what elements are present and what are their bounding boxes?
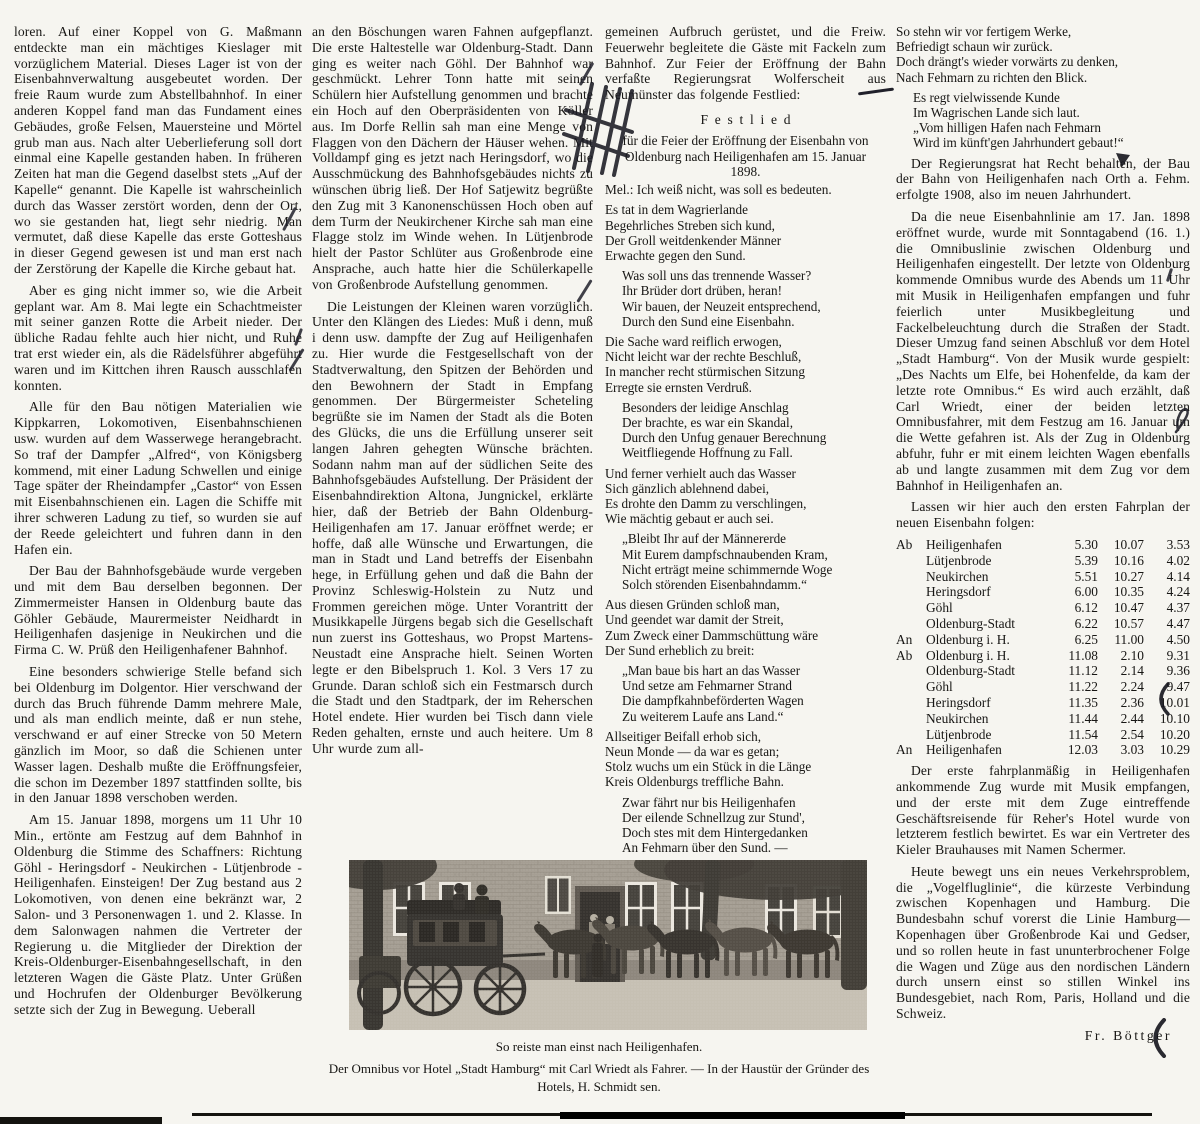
timetable-time-3: 4.24 (1144, 584, 1190, 600)
timetable-direction: Ab (896, 648, 926, 664)
timetable-station: Lütjenbrode (926, 553, 1052, 569)
timetable-time-1: 11.35 (1052, 695, 1098, 711)
timetable-direction (896, 663, 926, 679)
timetable-direction: Ab (896, 537, 926, 553)
paragraph: Alle für den Bau nötigen Materialien wie… (14, 399, 302, 557)
historic-photo (349, 860, 867, 1030)
timetable-time-2: 2.24 (1098, 679, 1144, 695)
timetable-station: Neukirchen (926, 711, 1052, 727)
timetable: Ab Heiligenhafen 5.30 10.07 3.53 Lütjenb… (896, 537, 1190, 758)
photo-caption-line1: So reiste man einst nach Heiligenhafen. (312, 1039, 886, 1055)
timetable-time-3: 9.31 (1144, 648, 1190, 664)
festlied-heading: Festlied (605, 112, 886, 128)
festlied-melody: Mel.: Ich weiß nicht, was soll es bedeut… (605, 182, 886, 198)
poem-stanza: Es tat in dem Wagrierlande Begehrliches … (605, 202, 886, 263)
poem-stanza: Besonders der leidige Anschlag Der brach… (605, 400, 886, 461)
timetable-station: Lütjenbrode (926, 727, 1052, 743)
paragraph: Am 15. Januar 1898, morgens um 11 Uhr 10… (14, 812, 302, 1017)
paragraph: Der Bau der Bahnhofsgebäude wurde vergeb… (14, 563, 302, 658)
timetable-row: Lütjenbrode 5.39 10.16 4.02 (896, 553, 1190, 569)
timetable-intro: Lassen wir hier auch den ersten Fahrplan… (896, 499, 1190, 531)
timetable-time-2: 2.54 (1098, 727, 1144, 743)
timetable-row: Neukirchen 5.51 10.27 4.14 (896, 569, 1190, 585)
column-1: loren. Auf einer Koppel von G. Maßmann e… (14, 24, 302, 1124)
timetable-time-1: 5.51 (1052, 569, 1098, 585)
timetable-time-2: 10.07 (1098, 537, 1144, 553)
photo-block: So reiste man einst nach Heiligenhafen. … (312, 860, 886, 1095)
timetable-row: An Oldenburg i. H. 6.25 11.00 4.50 (896, 632, 1190, 648)
paragraph: loren. Auf einer Koppel von G. Maßmann e… (14, 24, 302, 277)
newspaper-page: loren. Auf einer Koppel von G. Maßmann e… (0, 0, 1200, 1124)
timetable-time-1: 6.22 (1052, 616, 1098, 632)
timetable-time-3: 4.14 (1144, 569, 1190, 585)
paragraph: an den Böschungen waren Fahnen aufgepfla… (312, 24, 593, 293)
timetable-station: Oldenburg-Stadt (926, 663, 1052, 679)
poem-stanza: Aus diesen Gründen schloß man, Und geend… (605, 597, 886, 658)
timetable-time-3: 10.01 (1144, 695, 1190, 711)
timetable-row: Göhl 11.22 2.24 9.47 (896, 679, 1190, 695)
timetable-direction (896, 553, 926, 569)
timetable-time-3: 4.02 (1144, 553, 1190, 569)
column-2: an den Böschungen waren Fahnen aufgepfla… (312, 24, 593, 856)
timetable-time-1: 11.54 (1052, 727, 1098, 743)
photo-caption-line2: Der Omnibus vor Hotel „Stadt Hamburg“ mi… (312, 1060, 886, 1095)
timetable-time-1: 6.25 (1052, 632, 1098, 648)
timetable-row: Göhl 6.12 10.47 4.37 (896, 600, 1190, 616)
timetable-time-2: 10.27 (1098, 569, 1144, 585)
timetable-station: Heiligenhafen (926, 537, 1052, 553)
festlied-stanzas-continued: So stehn wir vor fertigem Werke, Befried… (896, 24, 1190, 151)
timetable-row: Ab Oldenburg i. H. 11.08 2.10 9.31 (896, 648, 1190, 664)
omnibus-photo-illustration (349, 860, 867, 1030)
column-4: So stehn wir vor fertigem Werke, Befried… (896, 24, 1190, 1124)
paragraph: Da die neue Eisenbahnlinie am 17. Jan. 1… (896, 209, 1190, 493)
paragraph: Heute bewegt uns ein neues Verkehrsprobl… (896, 864, 1190, 1022)
poem-stanza: „Man baue bis hart an das Wasser Und set… (605, 663, 886, 724)
paragraph: Der erste fahrplanmäßig in Heiligenhafen… (896, 763, 1190, 858)
poem-stanza: Zwar fährt nur bis Heiligenhafen Der eil… (605, 795, 886, 856)
timetable-time-1: 5.30 (1052, 537, 1098, 553)
timetable-row: Lütjenbrode 11.54 2.54 10.20 (896, 727, 1190, 743)
bottom-rule-thick (560, 1112, 905, 1119)
timetable-time-1: 11.12 (1052, 663, 1098, 679)
timetable-direction: An (896, 742, 926, 758)
timetable-time-2: 2.10 (1098, 648, 1144, 664)
timetable-time-2: 3.03 (1098, 742, 1144, 758)
timetable-row: Heringsdorf 6.00 10.35 4.24 (896, 584, 1190, 600)
paragraph: Der Regierungsrat hat Recht behalten, de… (896, 156, 1190, 203)
timetable-row: Heringsdorf 11.35 2.36 10.01 (896, 695, 1190, 711)
poem-stanza: „Bleibt Ihr auf der Männererde Mit Eurem… (605, 531, 886, 592)
poem-stanza: Die Sache ward reiflich erwogen, Nicht l… (605, 334, 886, 395)
timetable-time-2: 10.57 (1098, 616, 1144, 632)
timetable-direction (896, 600, 926, 616)
timetable-direction (896, 727, 926, 743)
timetable-time-2: 10.47 (1098, 600, 1144, 616)
paragraph: gemeinen Aufbruch gerüstet, und die Frei… (605, 24, 886, 103)
timetable-time-2: 2.14 (1098, 663, 1144, 679)
timetable-time-2: 2.44 (1098, 711, 1144, 727)
timetable-row: An Heiligenhafen 12.03 3.03 10.29 (896, 742, 1190, 758)
timetable-row: Neukirchen 11.44 2.44 10.10 (896, 711, 1190, 727)
timetable-time-3: 9.47 (1144, 679, 1190, 695)
paragraph: Die Leistungen der Kleinen waren vorzügl… (312, 299, 593, 757)
timetable-direction (896, 569, 926, 585)
timetable-station: Göhl (926, 679, 1052, 695)
timetable-station: Oldenburg i. H. (926, 632, 1052, 648)
timetable-station: Heringsdorf (926, 695, 1052, 711)
poem-stanza: Was soll uns das trennende Wasser? Ihr B… (605, 268, 886, 329)
timetable-time-1: 5.39 (1052, 553, 1098, 569)
timetable-time-1: 6.12 (1052, 600, 1098, 616)
timetable-station: Heiligenhafen (926, 742, 1052, 758)
timetable-station: Oldenburg-Stadt (926, 616, 1052, 632)
poem-stanza: Es regt vielwissende Kunde Im Wagrischen… (896, 90, 1190, 151)
paragraph: Eine besonders schwierige Stelle befand … (14, 664, 302, 806)
timetable-time-1: 6.00 (1052, 584, 1098, 600)
timetable-time-2: 11.00 (1098, 632, 1144, 648)
timetable-time-2: 10.35 (1098, 584, 1144, 600)
bottom-rule-left (0, 1117, 162, 1124)
column-3: gemeinen Aufbruch gerüstet, und die Frei… (605, 24, 886, 856)
timetable-direction (896, 711, 926, 727)
timetable-time-2: 2.36 (1098, 695, 1144, 711)
timetable-direction (896, 679, 926, 695)
timetable-time-3: 4.47 (1144, 616, 1190, 632)
timetable-time-3: 3.53 (1144, 537, 1190, 553)
timetable-time-1: 11.22 (1052, 679, 1098, 695)
poem-stanza: So stehn wir vor fertigem Werke, Befried… (896, 24, 1190, 85)
paragraph: Aber es ging nicht immer so, wie die Arb… (14, 283, 302, 394)
timetable-direction (896, 584, 926, 600)
timetable-direction (896, 695, 926, 711)
timetable-time-1: 11.08 (1052, 648, 1098, 664)
timetable-row: Ab Heiligenhafen 5.30 10.07 3.53 (896, 537, 1190, 553)
timetable-time-2: 10.16 (1098, 553, 1144, 569)
festlied-stanzas: Es tat in dem Wagrierlande Begehrliches … (605, 202, 886, 855)
poem-stanza: Allseitiger Beifall erhob sich, Neun Mon… (605, 729, 886, 790)
timetable-time-3: 4.37 (1144, 600, 1190, 616)
timetable-station: Heringsdorf (926, 584, 1052, 600)
timetable-direction (896, 616, 926, 632)
timetable-time-3: 10.20 (1144, 727, 1190, 743)
timetable-time-3: 10.10 (1144, 711, 1190, 727)
timetable-time-3: 9.36 (1144, 663, 1190, 679)
timetable-time-1: 11.44 (1052, 711, 1098, 727)
timetable-direction: An (896, 632, 926, 648)
middle-section: an den Böschungen waren Fahnen aufgepfla… (312, 24, 886, 1124)
festlied-dedication: für die Feier der Eröffnung der Eisenbah… (609, 133, 882, 180)
timetable-station: Göhl (926, 600, 1052, 616)
author-signature: Fr. Böttger (896, 1028, 1190, 1044)
poem-stanza: Und ferner verhielt auch das Wasser Sich… (605, 466, 886, 527)
timetable-station: Neukirchen (926, 569, 1052, 585)
timetable-time-3: 10.29 (1144, 742, 1190, 758)
timetable-row: Oldenburg-Stadt 11.12 2.14 9.36 (896, 663, 1190, 679)
timetable-time-3: 4.50 (1144, 632, 1190, 648)
timetable-time-1: 12.03 (1052, 742, 1098, 758)
timetable-row: Oldenburg-Stadt 6.22 10.57 4.47 (896, 616, 1190, 632)
timetable-station: Oldenburg i. H. (926, 648, 1052, 664)
